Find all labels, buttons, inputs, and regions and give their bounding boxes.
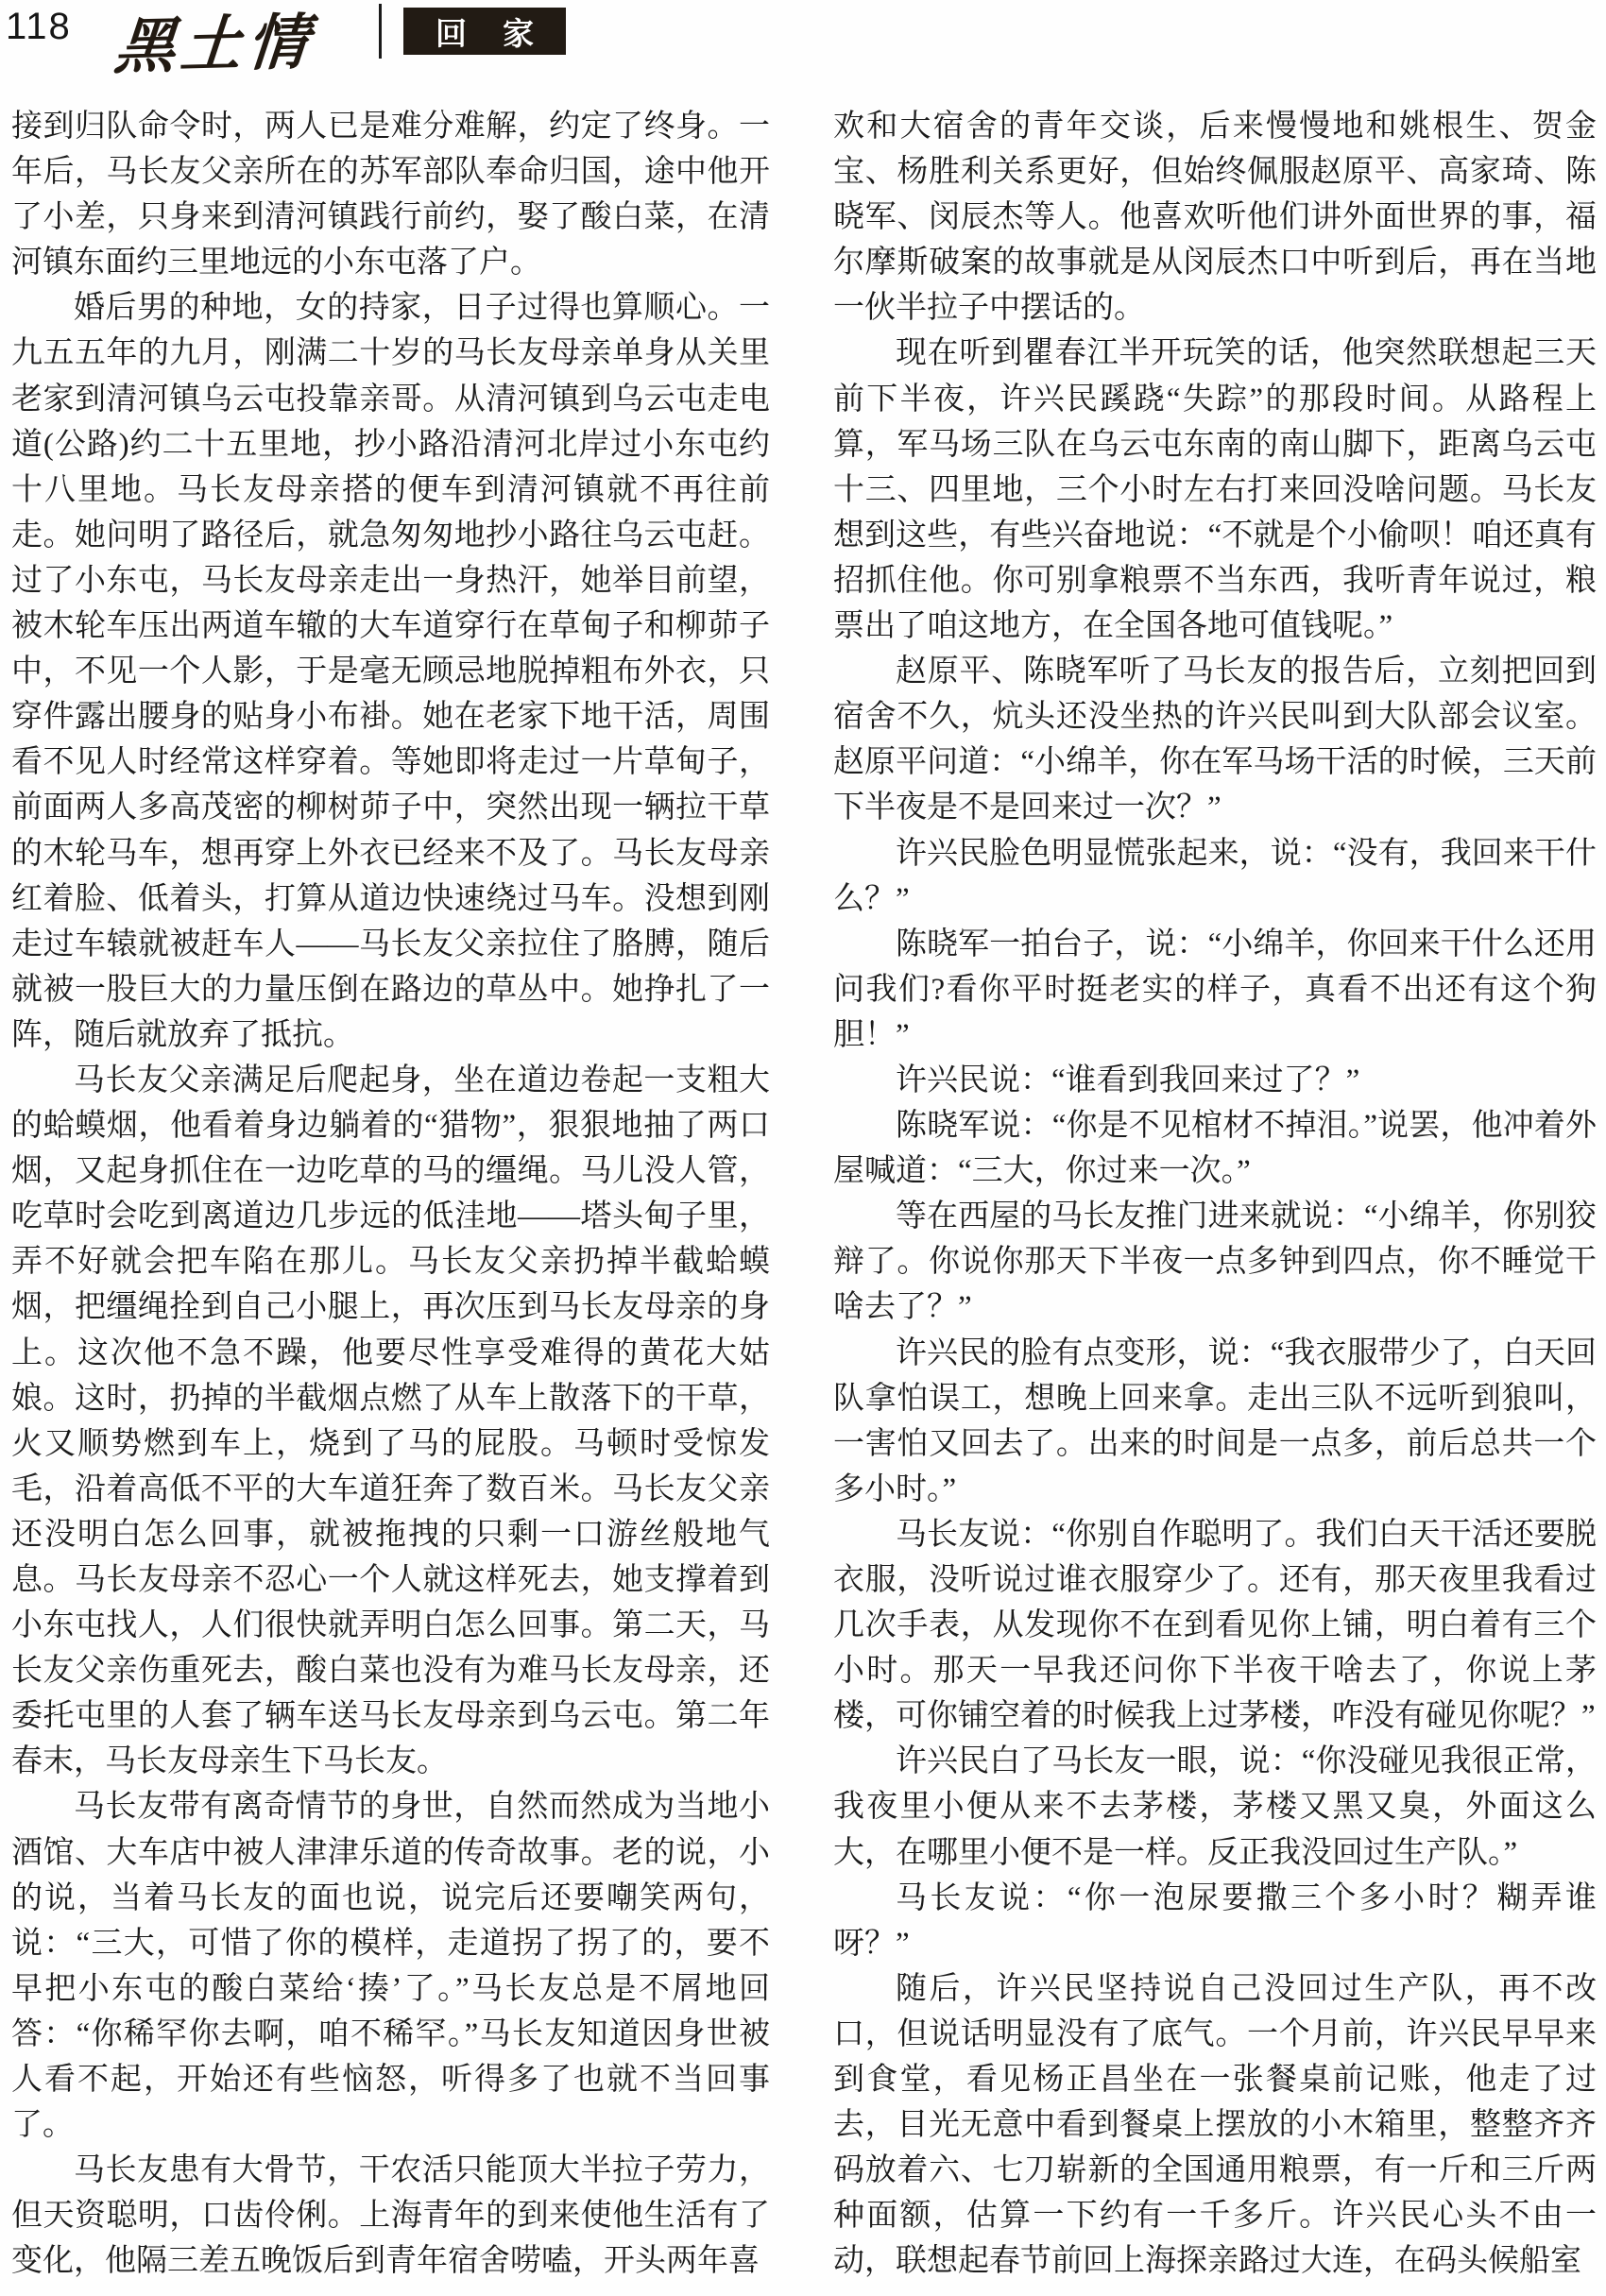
paragraph: 许兴民脸色明显慌张起来，说：“没有，我回来干什么？” [833, 831, 1597, 922]
paragraph: 马长友说：“你别自作聪明了。我们白天干活还要脱衣服，没听说过谁衣服穿少了。还有，… [833, 1512, 1597, 1739]
section-title: 回家 [400, 9, 570, 54]
text-column-right: 欢和大宿舍的青年交谈，后来慢慢地和姚根生、贺金宝、杨胜利关系更好，但始终佩服赵原… [833, 104, 1597, 2285]
paragraph: 许兴民说：“谁看到我回来过了？” [833, 1058, 1597, 1103]
magazine-logo-calligraphy: 黑土情 [93, 0, 336, 86]
paragraph: 马长友说：“你一泡尿要撒三个多小时？糊弄谁呀？” [833, 1876, 1597, 1966]
paragraph: 马长友带有离奇情节的身世，自然而然成为当地小酒馆、大车店中被人津津乐道的传奇故事… [11, 1784, 770, 2148]
page-header: 118 黑土情 回家 [0, 0, 1606, 71]
section-title-box: 回家 [403, 8, 566, 55]
paragraph: 现在听到瞿春江半开玩笑的话，他突然联想起三天前下半夜，许兴民蹊跷“失踪”的那段时… [833, 331, 1597, 649]
text-column-left: 接到归队命令时，两人已是难分难解，约定了终身。一年后，马长友父亲所在的苏军部队奉… [11, 104, 770, 2285]
paragraph: 接到归队命令时，两人已是难分难解，约定了终身。一年后，马长友父亲所在的苏军部队奉… [11, 104, 770, 285]
paragraph: 许兴民白了马长友一眼，说：“你没碰见我很正常，我夜里小便从来不去茅楼，茅楼又黑又… [833, 1739, 1597, 1875]
paragraph: 婚后男的种地，女的持家，日子过得也算顺心。一九五五年的九月，刚满二十岁的马长友母… [11, 285, 770, 1058]
paragraph: 陈晓军说：“你是不见棺材不掉泪。”说罢，他冲着外屋喊道：“三大，你过来一次。” [833, 1103, 1597, 1194]
header-divider-line [379, 4, 382, 59]
paragraph: 马长友患有大骨节，干农活只能顶大半拉子劳力，但天资聪明，口齿伶俐。上海青年的到来… [11, 2148, 770, 2284]
paragraph: 马长友父亲满足后爬起身，坐在道边卷起一支粗大的蛤蟆烟，他看着身边躺着的“猎物”，… [11, 1058, 770, 1785]
paragraph: 赵原平、陈晓军听了马长友的报告后，立刻把回到宿舍不久，炕头还没坐热的许兴民叫到大… [833, 649, 1597, 830]
page-number: 118 [6, 6, 72, 48]
magazine-page: 118 黑土情 回家 接到归队命令时，两人已是难分难解，约定了终身。一年后，马长… [0, 0, 1606, 2296]
paragraph: 许兴民的脸有点变形，说：“我衣服带少了，白天回队拿怕误工，想晚上回来拿。走出三队… [833, 1331, 1597, 1512]
paragraph: 随后，许兴民坚持说自己没回过生产队，再不改口，但说话明显没有了底气。一个月前，许… [833, 1966, 1597, 2285]
paragraph: 陈晓军一拍台子，说：“小绵羊，你回来干什么还用问我们?看你平时挺老实的样子，真看… [833, 922, 1597, 1058]
paragraph: 等在西屋的马长友推门进来就说：“小绵羊，你别狡辩了。你说你那天下半夜一点多钟到四… [833, 1194, 1597, 1330]
paragraph: 欢和大宿舍的青年交谈，后来慢慢地和姚根生、贺金宝、杨胜利关系更好，但始终佩服赵原… [833, 104, 1597, 331]
